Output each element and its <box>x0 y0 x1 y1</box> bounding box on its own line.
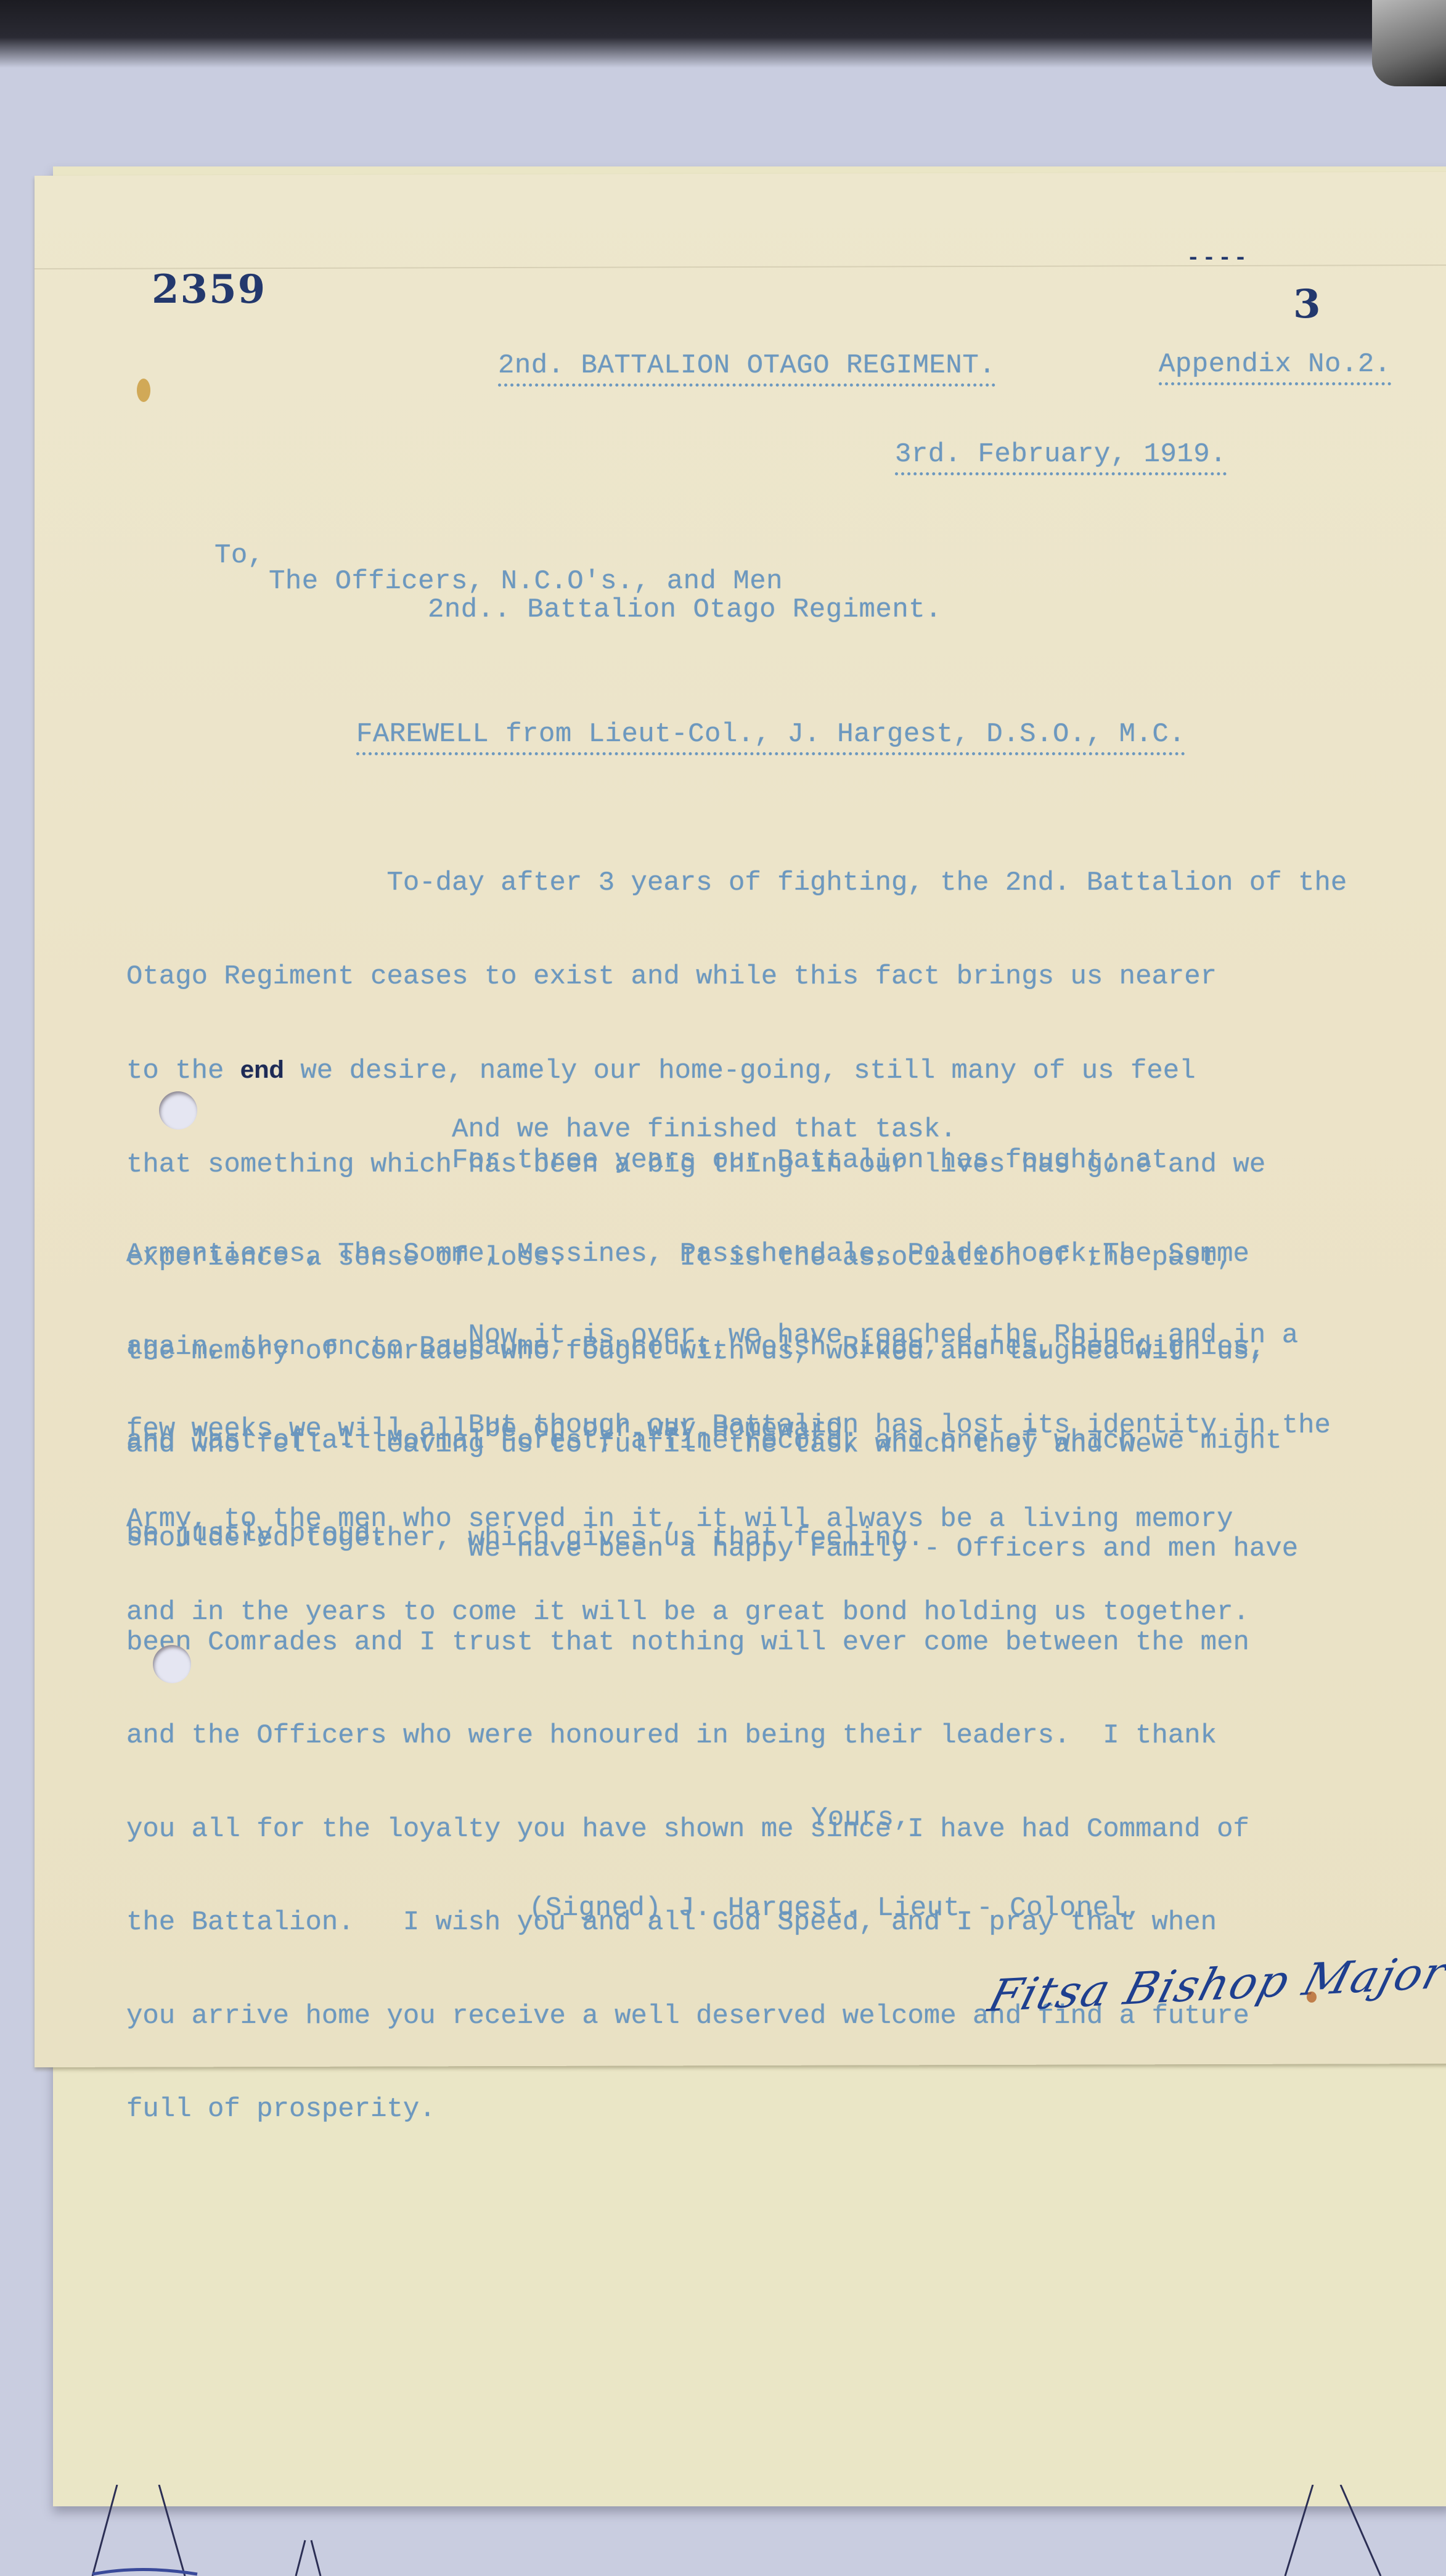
closing-salutation: Yours, <box>811 1803 910 1834</box>
punch-hole-lower <box>153 1645 191 1683</box>
archive-number: 2359 <box>152 266 266 313</box>
rust-stain <box>137 379 150 402</box>
letter-date: 3rd. February, 1919. <box>895 439 1227 475</box>
punch-hole-upper <box>159 1091 197 1130</box>
appendix-label: Appendix No.2. <box>1159 349 1391 385</box>
p3-line-1: For three years our Battalion has fought… <box>126 1145 1421 1176</box>
paragraph-6: We have been a happy Family - Officers a… <box>126 1471 1421 2156</box>
unit-heading: 2nd. BATTALION OTAGO REGIMENT. <box>498 350 995 387</box>
handwritten-signature: Fitsa Bishop Major <box>994 1958 1413 2045</box>
photo-top-shadow <box>0 0 1446 68</box>
page-number: 3 <box>1293 281 1322 327</box>
p6-line-7: full of prosperity. <box>126 2094 1421 2125</box>
p6-line-1: We have been a happy Family - Officers a… <box>126 1533 1421 1565</box>
p6-line-2: been Comrades and I trust that nothing w… <box>126 1627 1421 1659</box>
p6-line-3: and the Officers who were honoured in be… <box>126 1720 1421 1752</box>
letter-subject: FAREWELL from Lieut-Col., J. Hargest, D.… <box>356 719 1185 755</box>
pen-sketch-lines <box>0 2485 1446 2576</box>
p5-line-1: But though our Battalion has lost its id… <box>126 1410 1421 1442</box>
p1-line-2: Otago Regiment ceases to exist and while… <box>126 961 1421 993</box>
address-line-1: The Officers, N.C.O's., and Men <box>269 566 783 597</box>
p1-line-1: To-day after 3 years of fighting, the 2n… <box>126 868 1421 899</box>
p4-line-1: Now it is over, we have reached the Rhin… <box>126 1320 1421 1352</box>
signature-text: Fitsa Bishop Major <box>983 1946 1446 2022</box>
photo-corner-object <box>1372 0 1446 86</box>
ink-stain <box>1307 1991 1317 2003</box>
address-line-2: 2nd.. Battalion Otago Regiment. <box>428 594 942 625</box>
p6-line-4: you all for the loyalty you have shown m… <box>126 1814 1421 1845</box>
address-to: To, <box>214 540 264 571</box>
signed-line: (Signed) J. Hargest. Lieut - Colonel, <box>529 1893 1142 1924</box>
top-right-mark: ---- <box>1187 245 1249 271</box>
